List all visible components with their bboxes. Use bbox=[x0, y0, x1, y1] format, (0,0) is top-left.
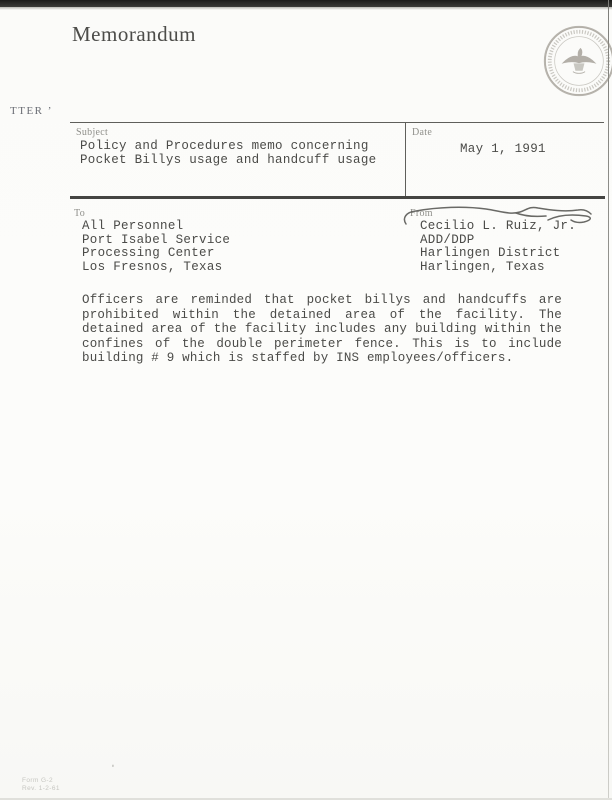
to-label: To bbox=[74, 208, 85, 219]
body-line: prohibited within the detained area of t… bbox=[82, 308, 562, 323]
from-line: ADD/DDP bbox=[420, 234, 576, 248]
date-value: May 1, 1991 bbox=[460, 142, 546, 156]
to-line: All Personnel bbox=[82, 220, 230, 234]
body-line: detained area of the facility includes a… bbox=[82, 322, 562, 337]
page-title: Memorandum bbox=[72, 22, 196, 47]
from-line: Harlingen District bbox=[420, 247, 576, 261]
to-line: Processing Center bbox=[82, 247, 230, 261]
form-number: Form G-2 bbox=[22, 777, 60, 785]
subject-line: Pocket Billys usage and handcuff usage bbox=[80, 153, 376, 167]
scan-right-edge bbox=[608, 0, 609, 800]
body-line: Officers are reminded that pocket billys… bbox=[82, 293, 562, 308]
handwritten-signature bbox=[398, 199, 602, 235]
form-revision: Rev. 1-2-61 bbox=[22, 785, 60, 793]
to-line: Los Fresnos, Texas bbox=[82, 261, 230, 275]
body-line: confines of the double perimeter fence. … bbox=[82, 337, 562, 352]
form-identifier: Form G-2 Rev. 1-2-61 bbox=[22, 777, 60, 793]
body-line: building # 9 which is staffed by INS emp… bbox=[82, 351, 562, 366]
circular-eagle-seal-icon bbox=[541, 23, 612, 99]
to-line: Port Isabel Service bbox=[82, 234, 230, 248]
to-address-block: All Personnel Port Isabel Service Proces… bbox=[82, 220, 230, 274]
from-line: Harlingen, Texas bbox=[420, 261, 576, 275]
subject-line: Policy and Procedures memo concerning bbox=[80, 139, 376, 153]
date-label: Date bbox=[412, 127, 432, 138]
subject-label: Subject bbox=[76, 127, 108, 138]
memo-scan-page: Memorandum TTER ʼ Subject Policy and Pro… bbox=[0, 0, 612, 800]
stray-pen-mark: ʹ bbox=[112, 764, 114, 775]
header-rule-divider bbox=[405, 122, 406, 197]
scan-top-shadow bbox=[0, 7, 612, 10]
scan-smudge bbox=[120, 2, 320, 6]
margin-stamp-fragment: TTER ʼ bbox=[10, 105, 53, 117]
header-rule-top bbox=[70, 122, 604, 123]
memo-body: Officers are reminded that pocket billys… bbox=[82, 293, 562, 366]
subject-text: Policy and Procedures memo concerning Po… bbox=[80, 139, 376, 167]
